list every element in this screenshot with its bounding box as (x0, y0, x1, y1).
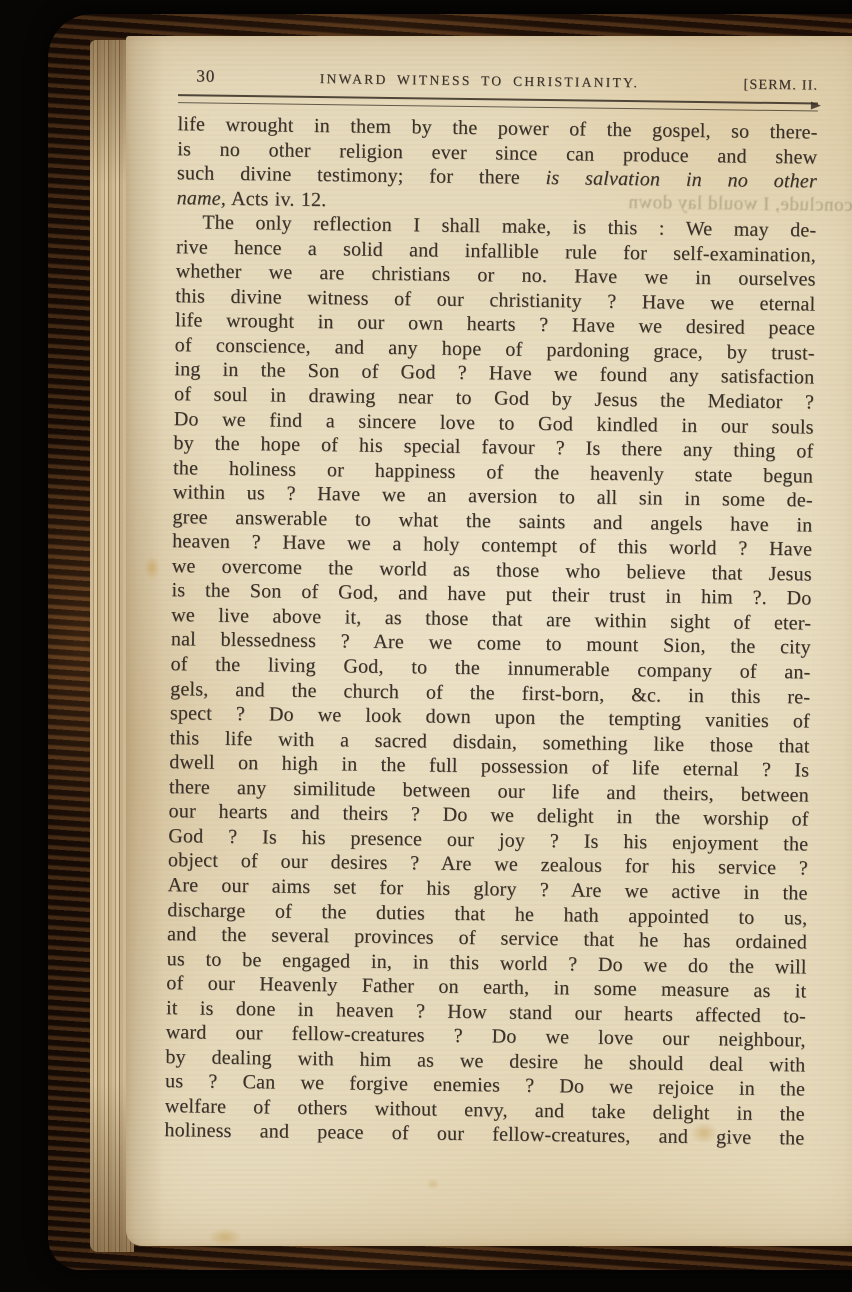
paper-stain (426, 1178, 440, 1190)
running-title: INWARD WITNESS TO CHRISTIANITY. (320, 71, 639, 91)
page-content: 30 INWARD WITNESS TO CHRISTIANITY. [SERM… (112, 35, 852, 1152)
rule-arrow-tip-icon (811, 101, 821, 109)
text-segment: such divine testimony; for there (177, 162, 546, 189)
book-page: 30 INWARD WITNESS TO CHRISTIANITY. [SERM… (126, 36, 852, 1246)
paper-stain (208, 1228, 242, 1246)
paragraph: The only reflection I shall make, is thi… (164, 210, 816, 1151)
header-rule (178, 94, 818, 111)
italic-text-segment: is salvation in no other (545, 167, 817, 193)
section-label: [SERM. II. (743, 78, 818, 95)
page-header: 30 INWARD WITNESS TO CHRISTIANITY. [SERM… (178, 66, 818, 94)
photograph-backdrop: 30 INWARD WITNESS TO CHRISTIANITY. [SERM… (0, 0, 852, 1292)
text-segment: Acts iv. 12. (226, 187, 327, 210)
body-text: life wrought in them by the power of the… (164, 112, 817, 1151)
page-number: 30 (178, 66, 215, 86)
italic-text-segment: name, (177, 187, 227, 210)
